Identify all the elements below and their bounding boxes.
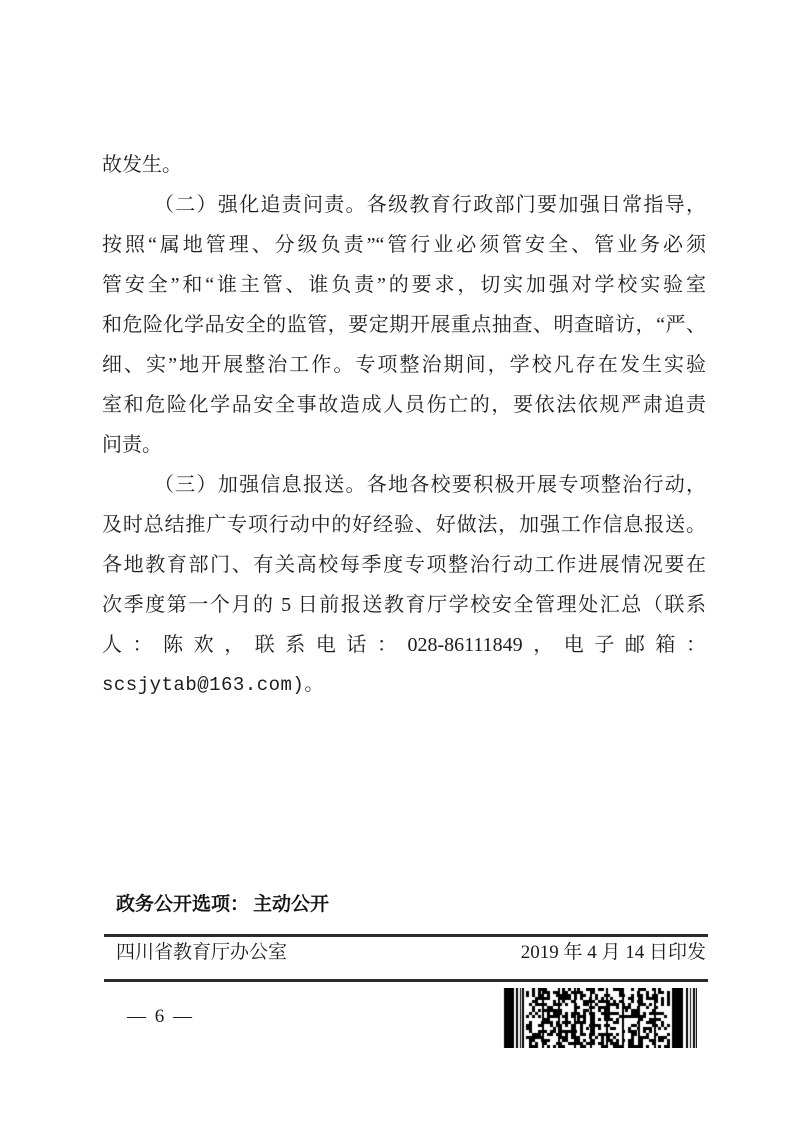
disclosure-value: 主动公开 [253, 894, 329, 915]
document-body-line: 和危险化学品安全的监管，要定期开展重点抽查、明查暗访，“严、 [102, 305, 706, 345]
document-body-line: 按照“属地管理、分级负责”“管行业必须管安全、管业务必须 [102, 225, 706, 265]
document-body-line: 细、实”地开展整治工作。专项整治期间，学校凡存在发生实验 [102, 345, 706, 385]
page-number: — 6 — [127, 1006, 194, 1028]
document-body-line: 故发生。 [102, 145, 706, 185]
document-body-line: 人：陈欢，联系电话：028-86111849，电子邮箱： [102, 625, 706, 665]
print-date: 2019 年 4 月 14 日印发 [521, 941, 706, 965]
document-body-line: scsjytab@163.com)。 [102, 665, 706, 705]
document-body-line: （三）加强信息报送。各地各校要积极开展专项整治行动， [102, 465, 706, 505]
document-body-line: 各地教育部门、有关高校每季度专项整治行动工作进展情况要在 [102, 545, 706, 585]
document-body-line: 问责。 [102, 425, 706, 465]
disclosure-label: 政务公开选项： [116, 894, 249, 915]
barcode-2d-icon [503, 988, 697, 1048]
document-page: 故发生。 （二）强化追责问责。各级教育行政部门要加强日常指导， 按照“属地管理、… [0, 0, 793, 1122]
document-body-line: 室和危险化学品安全事故造成人员伤亡的，要依法依规严肃追责 [102, 385, 706, 425]
disclosure-line: 政务公开选项：主动公开 [116, 892, 329, 918]
document-body-line: （二）强化追责问责。各级教育行政部门要加强日常指导， [102, 185, 706, 225]
document-body-line: 次季度第一个月的 5 日前报送教育厅学校安全管理处汇总（联系 [102, 585, 706, 625]
document-body: 故发生。 （二）强化追责问责。各级教育行政部门要加强日常指导， 按照“属地管理、… [102, 145, 706, 705]
issuing-office: 四川省教育厅办公室 [116, 941, 287, 965]
footer-divider-top [104, 934, 708, 937]
footer-row: 四川省教育厅办公室 2019 年 4 月 14 日印发 [116, 941, 706, 965]
document-body-line: 管安全”和“谁主管、谁负责”的要求，切实加强对学校实验室 [102, 265, 706, 305]
footer-divider-bottom [104, 979, 708, 982]
document-body-line: 及时总结推广专项行动中的好经验、好做法，加强工作信息报送。 [102, 505, 706, 545]
